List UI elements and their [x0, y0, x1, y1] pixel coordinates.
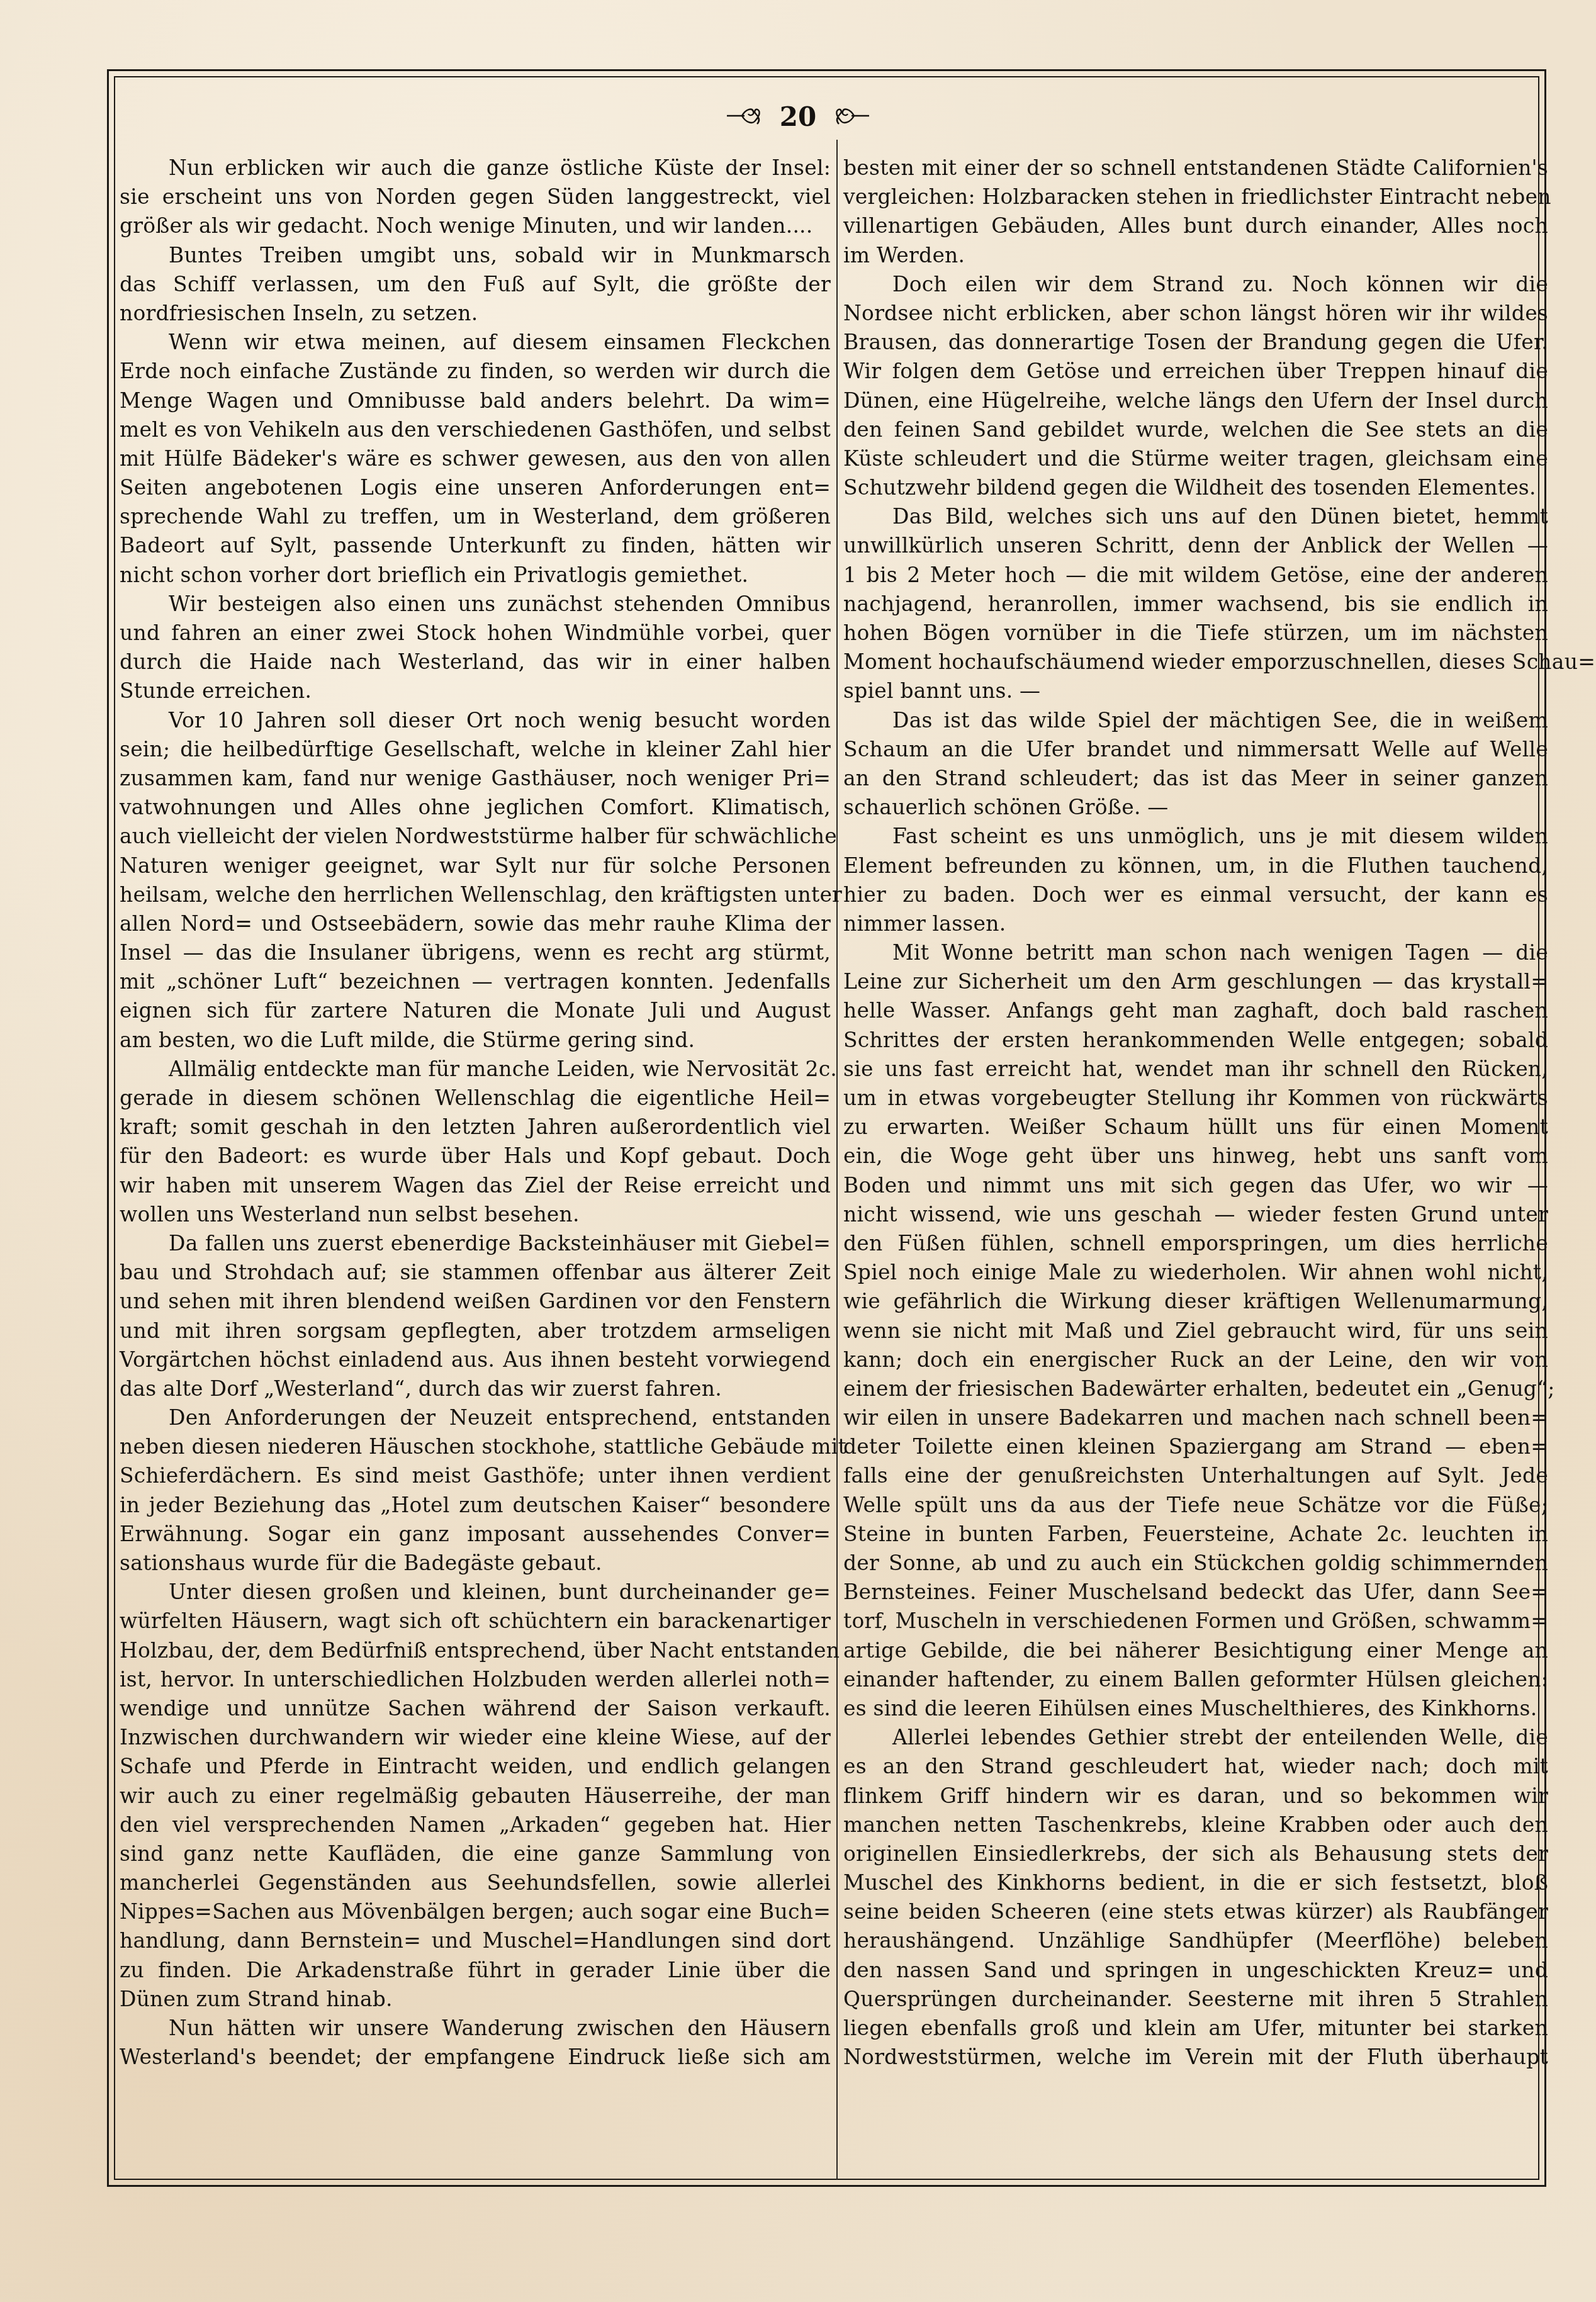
text-line: helle Wasser. Anfangs geht man zaghaft, … — [843, 996, 1548, 1025]
text-line: Schrittes der ersten herankommenden Well… — [843, 1026, 1548, 1055]
text-line: Element befreunden zu können, um, in die… — [843, 851, 1548, 880]
text-line: das alte Dorf „Westerland“, durch das wi… — [120, 1374, 831, 1403]
text-line: heilsam, welche den herrlichen Wellensch… — [120, 880, 831, 909]
text-line: bau und Strohdach auf; sie stammen offen… — [120, 1258, 831, 1287]
text-line: Vor 10 Jahren soll dieser Ort noch wenig… — [120, 706, 831, 735]
text-line: Buntes Treiben umgibt uns, sobald wir in… — [120, 241, 831, 270]
text-line: Holzbau, der, dem Bedürfniß entsprechend… — [120, 1636, 831, 1665]
text-line: sie uns fast erreicht hat, wendet man ih… — [843, 1055, 1548, 1084]
text-line: den feinen Sand gebildet wurde, welchen … — [843, 415, 1548, 444]
text-line: Muschel des Kinkhorns bedient, in die er… — [843, 1868, 1548, 1897]
text-line: wendige und unnütze Sachen während der S… — [120, 1694, 831, 1723]
text-line: durch die Haide nach Westerland, das wir… — [120, 648, 831, 677]
text-line: einander haftender, zu einem Ballen gefo… — [843, 1665, 1548, 1694]
text-line: nordfriesischen Inseln, zu setzen. — [120, 299, 831, 328]
text-line: kraft; somit geschah in den letzten Jahr… — [120, 1113, 831, 1142]
text-line: Seiten angebotenen Logis eine unseren An… — [120, 473, 831, 502]
text-line: Insel — das die Insulaner übrigens, wenn… — [120, 938, 831, 967]
text-line: Schafe und Pferde in Eintracht weiden, u… — [120, 1752, 831, 1781]
text-line: Stunde erreichen. — [120, 677, 831, 705]
text-line: Schieferdächern. Es sind meist Gasthöfe;… — [120, 1461, 831, 1490]
text-line: ist, hervor. In unterschiedlichen Holzbu… — [120, 1665, 831, 1694]
text-line: Menge Wagen und Omnibusse bald anders be… — [120, 386, 831, 415]
text-line: Wenn wir etwa meinen, auf diesem einsame… — [120, 328, 831, 357]
text-line: Allerlei lebendes Gethier strebt der ent… — [843, 1723, 1548, 1752]
text-line: wir haben mit unserem Wagen das Ziel der… — [120, 1171, 831, 1200]
text-line: am besten, wo die Luft milde, die Stürme… — [120, 1026, 831, 1055]
text-line: hier zu baden. Doch wer es einmal versuc… — [843, 880, 1548, 909]
text-line: deter Toilette einen kleinen Spaziergang… — [843, 1432, 1548, 1461]
text-line: nachjagend, heranrollen, immer wachsend,… — [843, 590, 1548, 619]
text-line: Unter diesen großen und kleinen, bunt du… — [120, 1578, 831, 1607]
text-line: flinkem Griff hindern wir es daran, und … — [843, 1782, 1548, 1811]
text-line: Steine in bunten Farben, Feuersteine, Ac… — [843, 1520, 1548, 1549]
text-line: Wir folgen dem Getöse und erreichen über… — [843, 357, 1548, 386]
text-line: einem der friesischen Badewärter erhalte… — [843, 1374, 1548, 1403]
text-line: das Schiff verlassen, um den Fuß auf Syl… — [120, 270, 831, 299]
text-line: sprechende Wahl zu treffen, um in Wester… — [120, 502, 831, 531]
text-line: vatwohnungen und Alles ohne jeglichen Co… — [120, 793, 831, 822]
text-line: wir eilen in unsere Badekarren und mache… — [843, 1403, 1548, 1432]
text-line: Nordweststürmen, welche im Verein mit de… — [843, 2043, 1548, 2072]
text-line: an den Strand schleudert; das ist das Me… — [843, 764, 1548, 793]
text-line: unwillkürlich unseren Schritt, denn der … — [843, 531, 1548, 560]
text-line: den nassen Sand und springen in ungeschi… — [843, 1956, 1548, 1985]
text-line: wollen uns Westerland nun selbst besehen… — [120, 1200, 831, 1229]
text-line: es sind die leeren Eihülsen eines Musche… — [843, 1694, 1548, 1723]
text-line: Den Anforderungen der Neuzeit entspreche… — [120, 1403, 831, 1432]
text-line: besten mit einer der so schnell entstand… — [843, 154, 1548, 182]
text-line: und mit ihren sorgsam gepflegten, aber t… — [120, 1317, 831, 1345]
text-line: Bernsteines. Feiner Muschelsand bedeckt … — [843, 1578, 1548, 1607]
text-line: gerade in diesem schönen Wellenschlag di… — [120, 1084, 831, 1113]
text-line: Dünen, eine Hügelreihe, welche längs den… — [843, 386, 1548, 415]
text-line: sie erscheint uns von Norden gegen Süden… — [120, 182, 831, 211]
text-line: heraushängend. Unzählige Sandhüpfer (Mee… — [843, 1926, 1548, 1955]
text-line: Boden und nimmt uns mit sich gegen das U… — [843, 1171, 1548, 1200]
text-line: Nippes=Sachen aus Mövenbälgen bergen; au… — [120, 1897, 831, 1926]
text-line: Erwähnung. Sogar ein ganz imposant ausse… — [120, 1520, 831, 1549]
text-line: manchen netten Taschenkrebs, kleine Krab… — [843, 1811, 1548, 1839]
text-line: vergleichen: Holzbaracken stehen in frie… — [843, 182, 1548, 211]
text-line: den Füßen fühlen, schnell emporspringen,… — [843, 1229, 1548, 1258]
text-line: Quersprüngen durcheinander. Seesterne mi… — [843, 1985, 1548, 2014]
text-line: 1 bis 2 Meter hoch — die mit wildem Getö… — [843, 561, 1548, 590]
text-line: wenn sie nicht mit Maß und Ziel gebrauch… — [843, 1317, 1548, 1345]
text-line: originellen Einsiedlerkrebs, der sich al… — [843, 1839, 1548, 1868]
text-line: artige Gebilde, die bei näherer Besichti… — [843, 1636, 1548, 1665]
text-line: sind ganz nette Kaufläden, die eine ganz… — [120, 1839, 831, 1868]
text-line: Brausen, das donnerartige Tosen der Bran… — [843, 328, 1548, 357]
text-line: zu finden. Die Arkadenstraße führt in ge… — [120, 1956, 831, 1985]
text-line: Nordsee nicht erblicken, aber schon läng… — [843, 299, 1548, 328]
text-line: sein; die heilbedürftige Gesellschaft, w… — [120, 735, 831, 764]
text-line: melt es von Vehikeln aus den verschieden… — [120, 415, 831, 444]
text-line: nicht wissend, wie uns geschah — wieder … — [843, 1200, 1548, 1229]
text-line: Inzwischen durchwandern wir wieder eine … — [120, 1723, 831, 1752]
text-line: Mit Wonne betritt man schon nach wenigen… — [843, 938, 1548, 967]
text-line: allen Nord= und Ostseebädern, sowie das … — [120, 909, 831, 938]
text-line: Doch eilen wir dem Strand zu. Noch könne… — [843, 270, 1548, 299]
text-line: Wir besteigen also einen uns zunächst st… — [120, 590, 831, 619]
text-line: torf, Muscheln in verschiedenen Formen u… — [843, 1607, 1548, 1636]
text-line: hohen Bögen vornüber in die Tiefe stürze… — [843, 619, 1548, 648]
ornament-right-icon — [834, 105, 869, 128]
column-divider — [836, 140, 838, 2180]
text-line: Leine zur Sicherheit um den Arm geschlun… — [843, 967, 1548, 996]
text-line: Badeort auf Sylt, passende Unterkunft zu… — [120, 531, 831, 560]
text-line: seine beiden Scheeren (eine stets etwas … — [843, 1897, 1548, 1926]
text-line: Naturen weniger geeignet, war Sylt nur f… — [120, 851, 831, 880]
text-line: Welle spült uns da aus der Tiefe neue Sc… — [843, 1491, 1548, 1520]
page-number: 20 — [780, 101, 816, 132]
text-line: und sehen mit ihren blendend weißen Gard… — [120, 1287, 831, 1316]
text-column-right: besten mit einer der so schnell entstand… — [843, 154, 1548, 2072]
text-line: nimmer lassen. — [843, 909, 1548, 938]
ornament-left-icon — [727, 105, 762, 128]
text-line: zu erwarten. Weißer Schaum hüllt uns für… — [843, 1113, 1548, 1142]
text-line: Vorgärtchen höchst einladend aus. Aus ih… — [120, 1345, 831, 1374]
text-line: Schutzwehr bildend gegen die Wildheit de… — [843, 473, 1548, 502]
text-line: Nun hätten wir unsere Wanderung zwischen… — [120, 2014, 831, 2043]
text-line: villenartigen Gebäuden, Alles bunt durch… — [843, 211, 1548, 240]
text-line: Dünen zum Strand hinab. — [120, 1985, 831, 2014]
text-line: Erde noch einfache Zustände zu finden, s… — [120, 357, 831, 386]
text-line: würfelten Häusern, wagt sich oft schücht… — [120, 1607, 831, 1636]
text-line: mit „schöner Luft“ bezeichnen — vertrage… — [120, 967, 831, 996]
text-line: Allmälig entdeckte man für manche Leiden… — [120, 1055, 831, 1084]
text-line: den viel versprechenden Namen „Arkaden“ … — [120, 1811, 831, 1839]
text-line: wir auch zu einer regelmäßig gebauten Hä… — [120, 1782, 831, 1811]
text-line: zusammen kam, fand nur wenige Gasthäuser… — [120, 764, 831, 793]
text-line: Da fallen uns zuerst ebenerdige Backstei… — [120, 1229, 831, 1258]
text-line: eignen sich für zartere Naturen die Mona… — [120, 996, 831, 1025]
text-line: spiel bannt uns. — — [843, 677, 1548, 705]
text-line: schauerlich schönen Größe. — — [843, 793, 1548, 822]
text-line: wie gefährlich die Wirkung dieser kräfti… — [843, 1287, 1548, 1316]
text-line: Spiel noch einige Male zu wiederholen. W… — [843, 1258, 1548, 1287]
text-line: Fast scheint es uns unmöglich, uns je mi… — [843, 822, 1548, 851]
text-line: Das ist das wilde Spiel der mächtigen Se… — [843, 706, 1548, 735]
text-line: Schaum an die Ufer brandet und nimmersat… — [843, 735, 1548, 764]
text-line: neben diesen niederen Häuschen stockhohe… — [120, 1432, 831, 1461]
text-line: für den Badeort: es wurde über Hals und … — [120, 1142, 831, 1171]
text-line: nicht schon vorher dort brieflich ein Pr… — [120, 561, 831, 590]
text-line: größer als wir gedacht. Noch wenige Minu… — [120, 211, 831, 240]
text-line: in jeder Beziehung das „Hotel zum deutsc… — [120, 1491, 831, 1520]
text-line: auch vielleicht der vielen Nordweststürm… — [120, 822, 831, 851]
text-line: mancherlei Gegenständen aus Seehundsfell… — [120, 1868, 831, 1897]
text-line: falls eine der genußreichsten Unterhaltu… — [843, 1461, 1548, 1490]
text-line: Das Bild, welches sich uns auf den Dünen… — [843, 502, 1548, 531]
text-column-left: Nun erblicken wir auch die ganze östlich… — [120, 154, 831, 2072]
text-line: und fahren an einer zwei Stock hohen Win… — [120, 619, 831, 648]
text-line: im Werden. — [843, 241, 1548, 270]
text-line: es an den Strand geschleudert hat, wiede… — [843, 1752, 1548, 1781]
text-line: der Sonne, ab und zu auch ein Stückchen … — [843, 1549, 1548, 1578]
text-line: mit Hülfe Bädeker's wäre es schwer gewes… — [120, 444, 831, 473]
text-line: Nun erblicken wir auch die ganze östlich… — [120, 154, 831, 182]
text-line: ein, die Woge geht über uns hinweg, hebt… — [843, 1142, 1548, 1171]
text-line: kann; doch ein energischer Ruck an der L… — [843, 1345, 1548, 1374]
text-line: um in etwas vorgebeugter Stellung ihr Ko… — [843, 1084, 1548, 1113]
text-line: handlung, dann Bernstein= und Muschel=Ha… — [120, 1926, 831, 1955]
text-line: Küste schleudert und die Stürme weiter t… — [843, 444, 1548, 473]
text-line: Moment hochaufschäumend wieder emporzusc… — [843, 648, 1548, 677]
page-header: 20 — [0, 94, 1596, 138]
text-line: sationshaus wurde für die Badegäste geba… — [120, 1549, 831, 1578]
text-line: Westerland's beendet; der empfangene Ein… — [120, 2043, 831, 2072]
text-line: liegen ebenfalls groß und klein am Ufer,… — [843, 2014, 1548, 2043]
